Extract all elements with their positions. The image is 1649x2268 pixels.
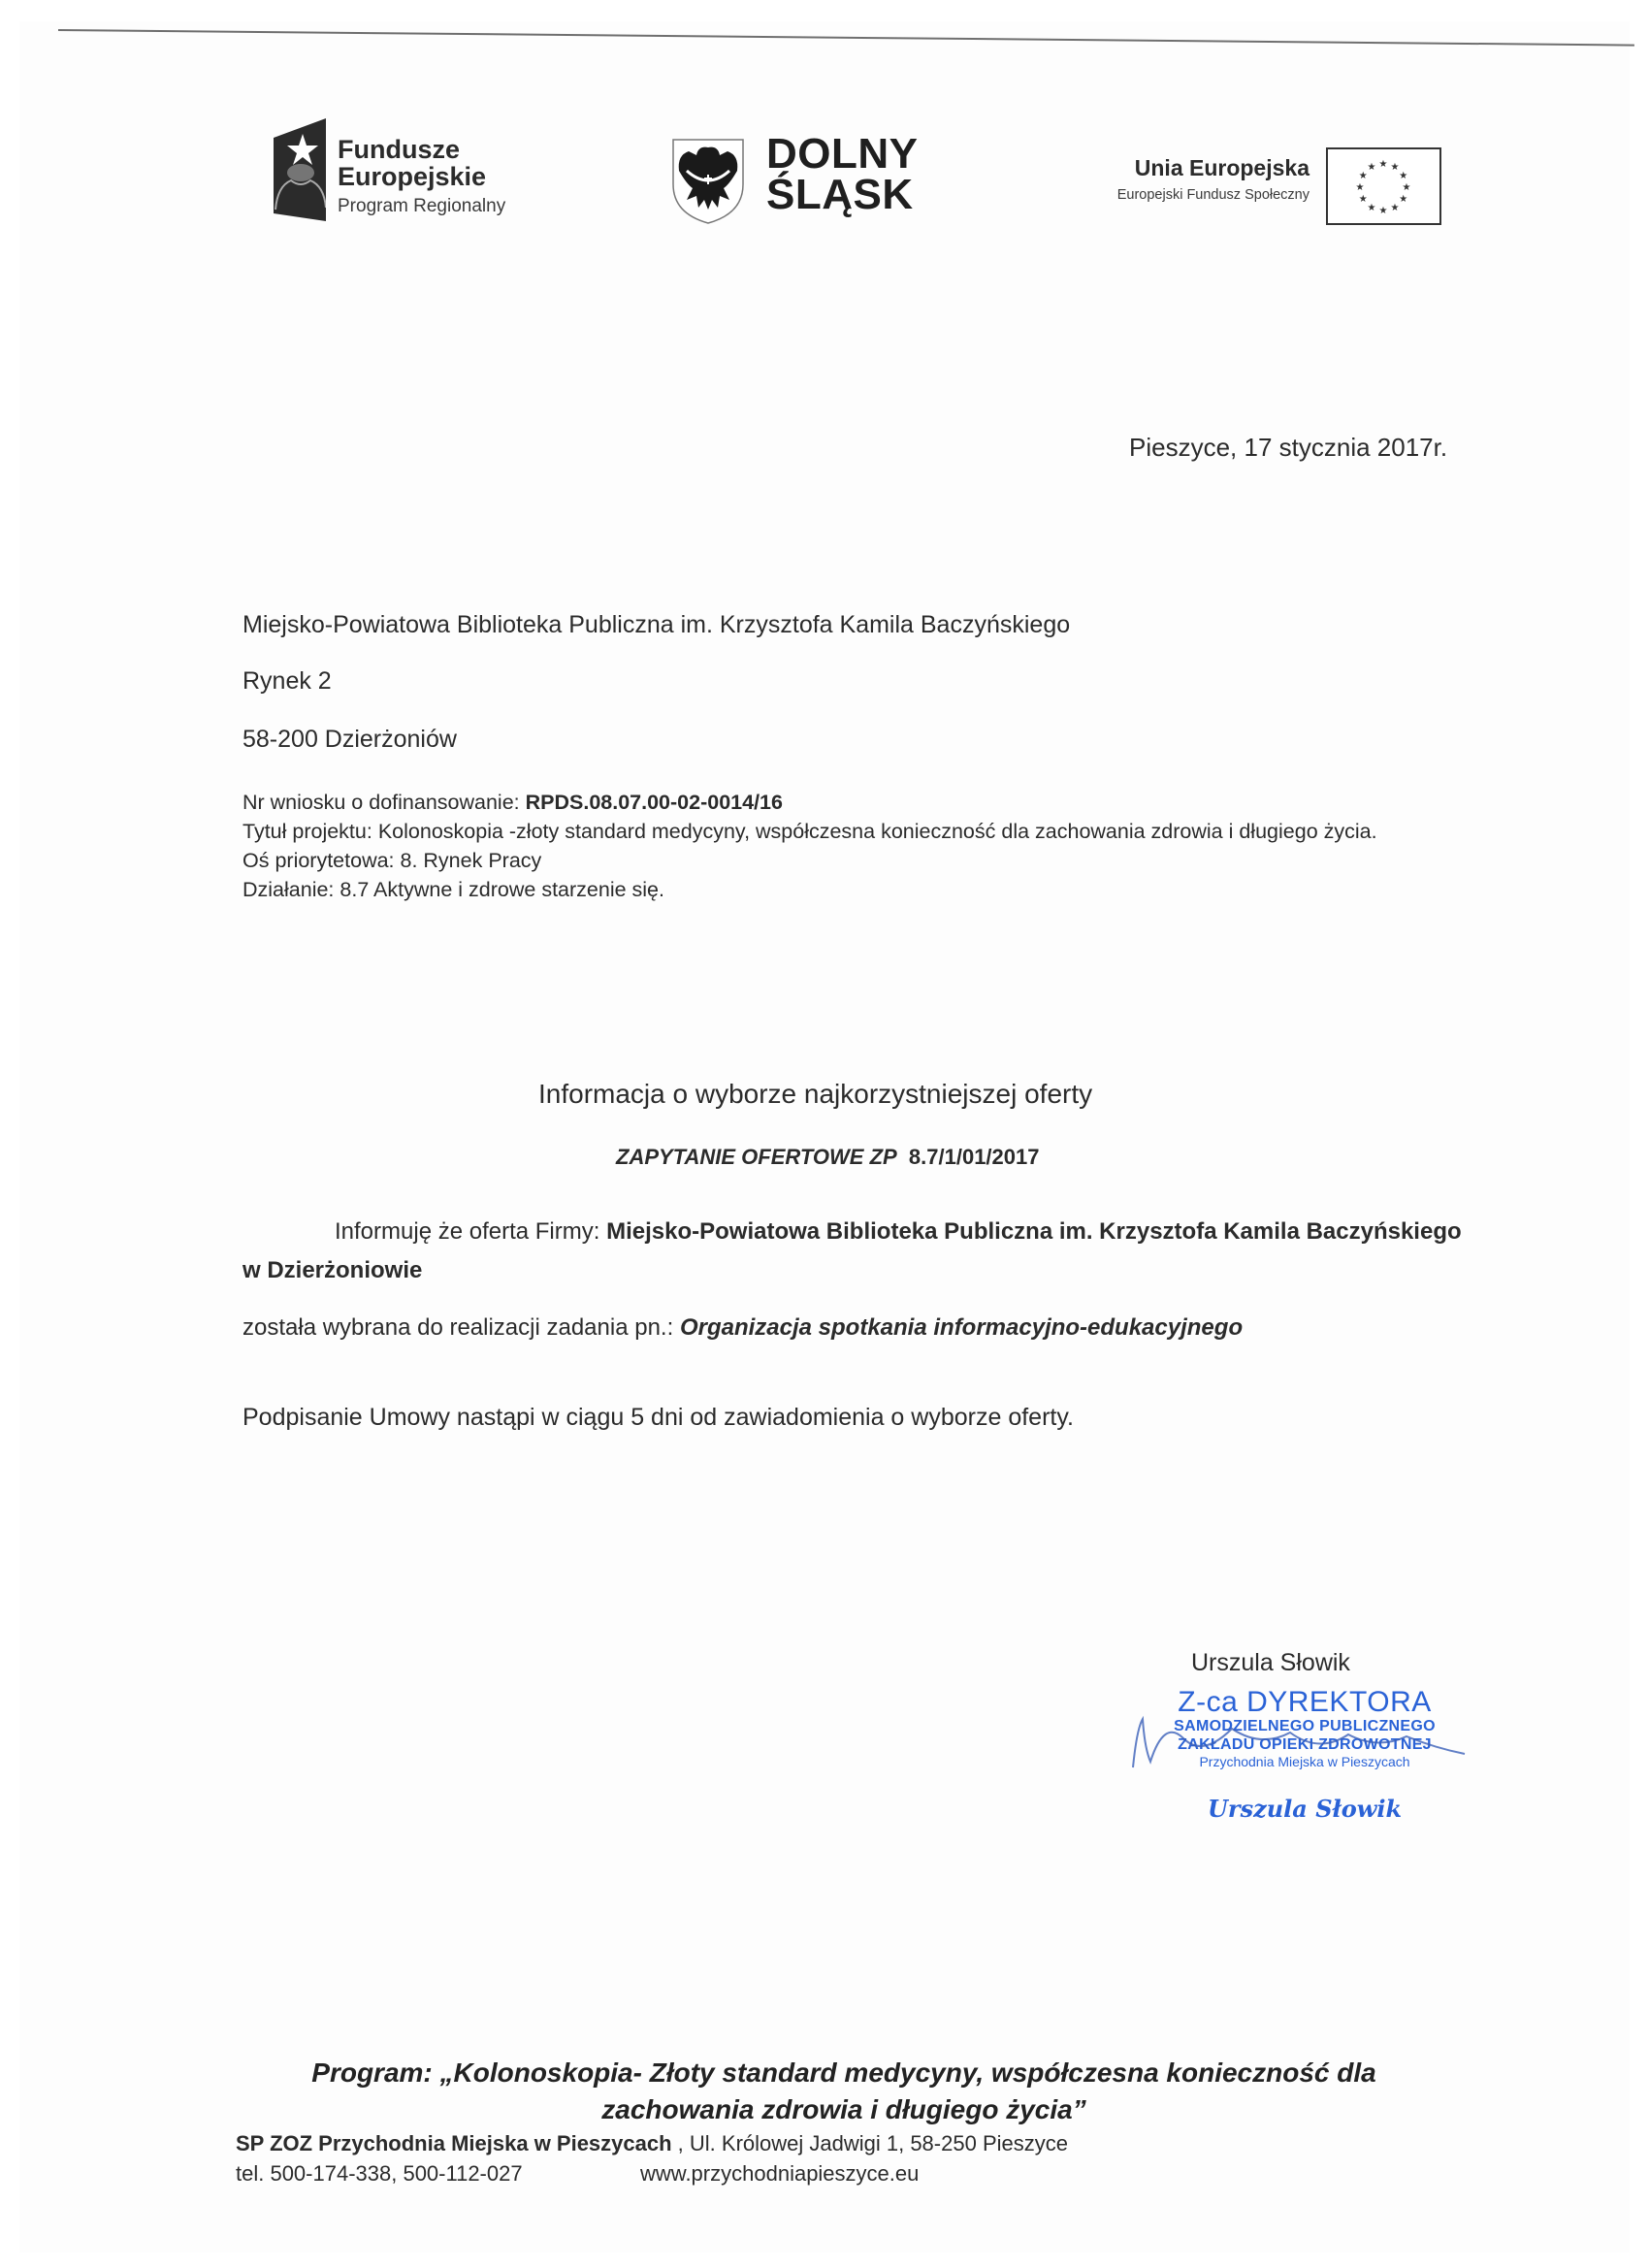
selected-for-prefix: została wybrana do realizacji zadania pn…: [242, 1314, 680, 1341]
fundusze-europejskie-logo: Fundusze Europejskie Program Regionalny: [338, 136, 505, 216]
unia-europejska-logo: Unia Europejska Europejski Fundusz Społe…: [1057, 155, 1309, 203]
fe-title-line1: Fundusze: [338, 136, 505, 163]
svg-text:★: ★: [1368, 162, 1376, 173]
silesian-eagle-crest-icon: [669, 136, 747, 225]
stamp-name: Urszula Słowik: [1208, 1795, 1402, 1823]
priority-axis: Oś priorytetowa: 8. Rynek Pracy: [242, 846, 1474, 875]
svg-text:★: ★: [1379, 206, 1388, 216]
ds-title-line2: ŚLĄSK: [766, 175, 919, 215]
dolny-slask-logo: DOLNY ŚLĄSK: [766, 134, 919, 215]
document-heading: Informacja o wyborze najkorzystniejszej …: [538, 1079, 1092, 1110]
footer-organization: SP ZOZ Przychodnia Miejska w Pieszycach …: [236, 2131, 1068, 2156]
project-title-row: Tytuł projektu: Kolonoskopia -złoty stan…: [242, 817, 1474, 846]
recipient-street: Rynek 2: [242, 667, 332, 696]
application-label: Nr wniosku o dofinansowanie:: [242, 791, 526, 814]
place-date: Pieszyce, 17 stycznia 2017r.: [1129, 433, 1447, 463]
svg-text:★: ★: [1368, 203, 1376, 213]
eu-title: Unia Europejska: [1057, 155, 1309, 181]
informuje-prefix: Informuję że oferta Firmy:: [335, 1218, 606, 1245]
signing-note: Podpisanie Umowy nastąpi w ciągu 5 dni o…: [242, 1404, 1074, 1432]
svg-text:★: ★: [1379, 159, 1388, 170]
signatory-typed-name: Urszula Słowik: [1191, 1649, 1350, 1677]
fe-title-line2: Europejskie: [338, 163, 505, 190]
recipient-city: 58-200 Dzierżoniów: [242, 726, 457, 754]
inquiry-number: 8.7/1/01/2017: [909, 1145, 1040, 1169]
inquiry-label: ZAPYTANIE OFERTOWE ZP: [616, 1145, 897, 1169]
application-number: RPDS.08.07.00-02-0014/16: [526, 791, 783, 814]
project-title-value: Kolonoskopia -złoty standard medycyny, w…: [378, 820, 1377, 843]
selection-statement: Informuję że oferta Firmy: Miejsko-Powia…: [242, 1213, 1465, 1290]
fe-star-figure-icon: [272, 116, 330, 223]
scanned-page: [19, 21, 1630, 2252]
svg-text:★: ★: [1399, 171, 1407, 181]
footer-website-link[interactable]: www.przychodniapieszyce.eu: [640, 2161, 919, 2187]
handwritten-signature-icon: [1125, 1700, 1474, 1777]
svg-text:★: ★: [1359, 171, 1368, 181]
ds-title-line1: DOLNY: [766, 134, 919, 175]
svg-text:★: ★: [1356, 182, 1365, 193]
eu-subtitle: Europejski Fundusz Społeczny: [1057, 187, 1309, 203]
eu-flag-icon: ★★★★★★★★★★★★: [1326, 147, 1441, 225]
svg-text:★: ★: [1391, 162, 1400, 173]
svg-text:★: ★: [1399, 194, 1407, 205]
svg-text:★: ★: [1391, 203, 1400, 213]
footer-org-name: SP ZOZ Przychodnia Miejska w Pieszycach: [236, 2131, 672, 2155]
application-number-row: Nr wniosku o dofinansowanie: RPDS.08.07.…: [242, 788, 1474, 817]
program-line-2: zachowania zdrowia i długiego życia”: [272, 2091, 1416, 2128]
task-statement: została wybrana do realizacji zadania pn…: [242, 1314, 1243, 1342]
recipient-name: Miejsko-Powiatowa Biblioteka Publiczna i…: [242, 611, 1070, 639]
task-name: Organizacja spotkania informacyjno-eduka…: [680, 1314, 1243, 1341]
inquiry-reference: ZAPYTANIE OFERTOWE ZP 8.7/1/01/2017: [616, 1145, 1040, 1170]
action: Działanie: 8.7 Aktywne i zdrowe starzeni…: [242, 875, 1474, 904]
footer-org-address: , Ul. Królowej Jadwigi 1, 58-250 Pieszyc…: [672, 2131, 1068, 2155]
fe-subtitle: Program Regionalny: [338, 197, 505, 216]
svg-text:★: ★: [1359, 194, 1368, 205]
svg-text:★: ★: [1403, 182, 1411, 193]
program-line-1: Program: „Kolonoskopia- Złoty standard m…: [272, 2055, 1416, 2091]
program-title: Program: „Kolonoskopia- Złoty standard m…: [272, 2055, 1416, 2128]
project-title-label: Tytuł projektu:: [242, 820, 378, 843]
project-details: Nr wniosku o dofinansowanie: RPDS.08.07.…: [242, 788, 1474, 904]
footer-phones: tel. 500-174-338, 500-112-027: [236, 2161, 523, 2187]
